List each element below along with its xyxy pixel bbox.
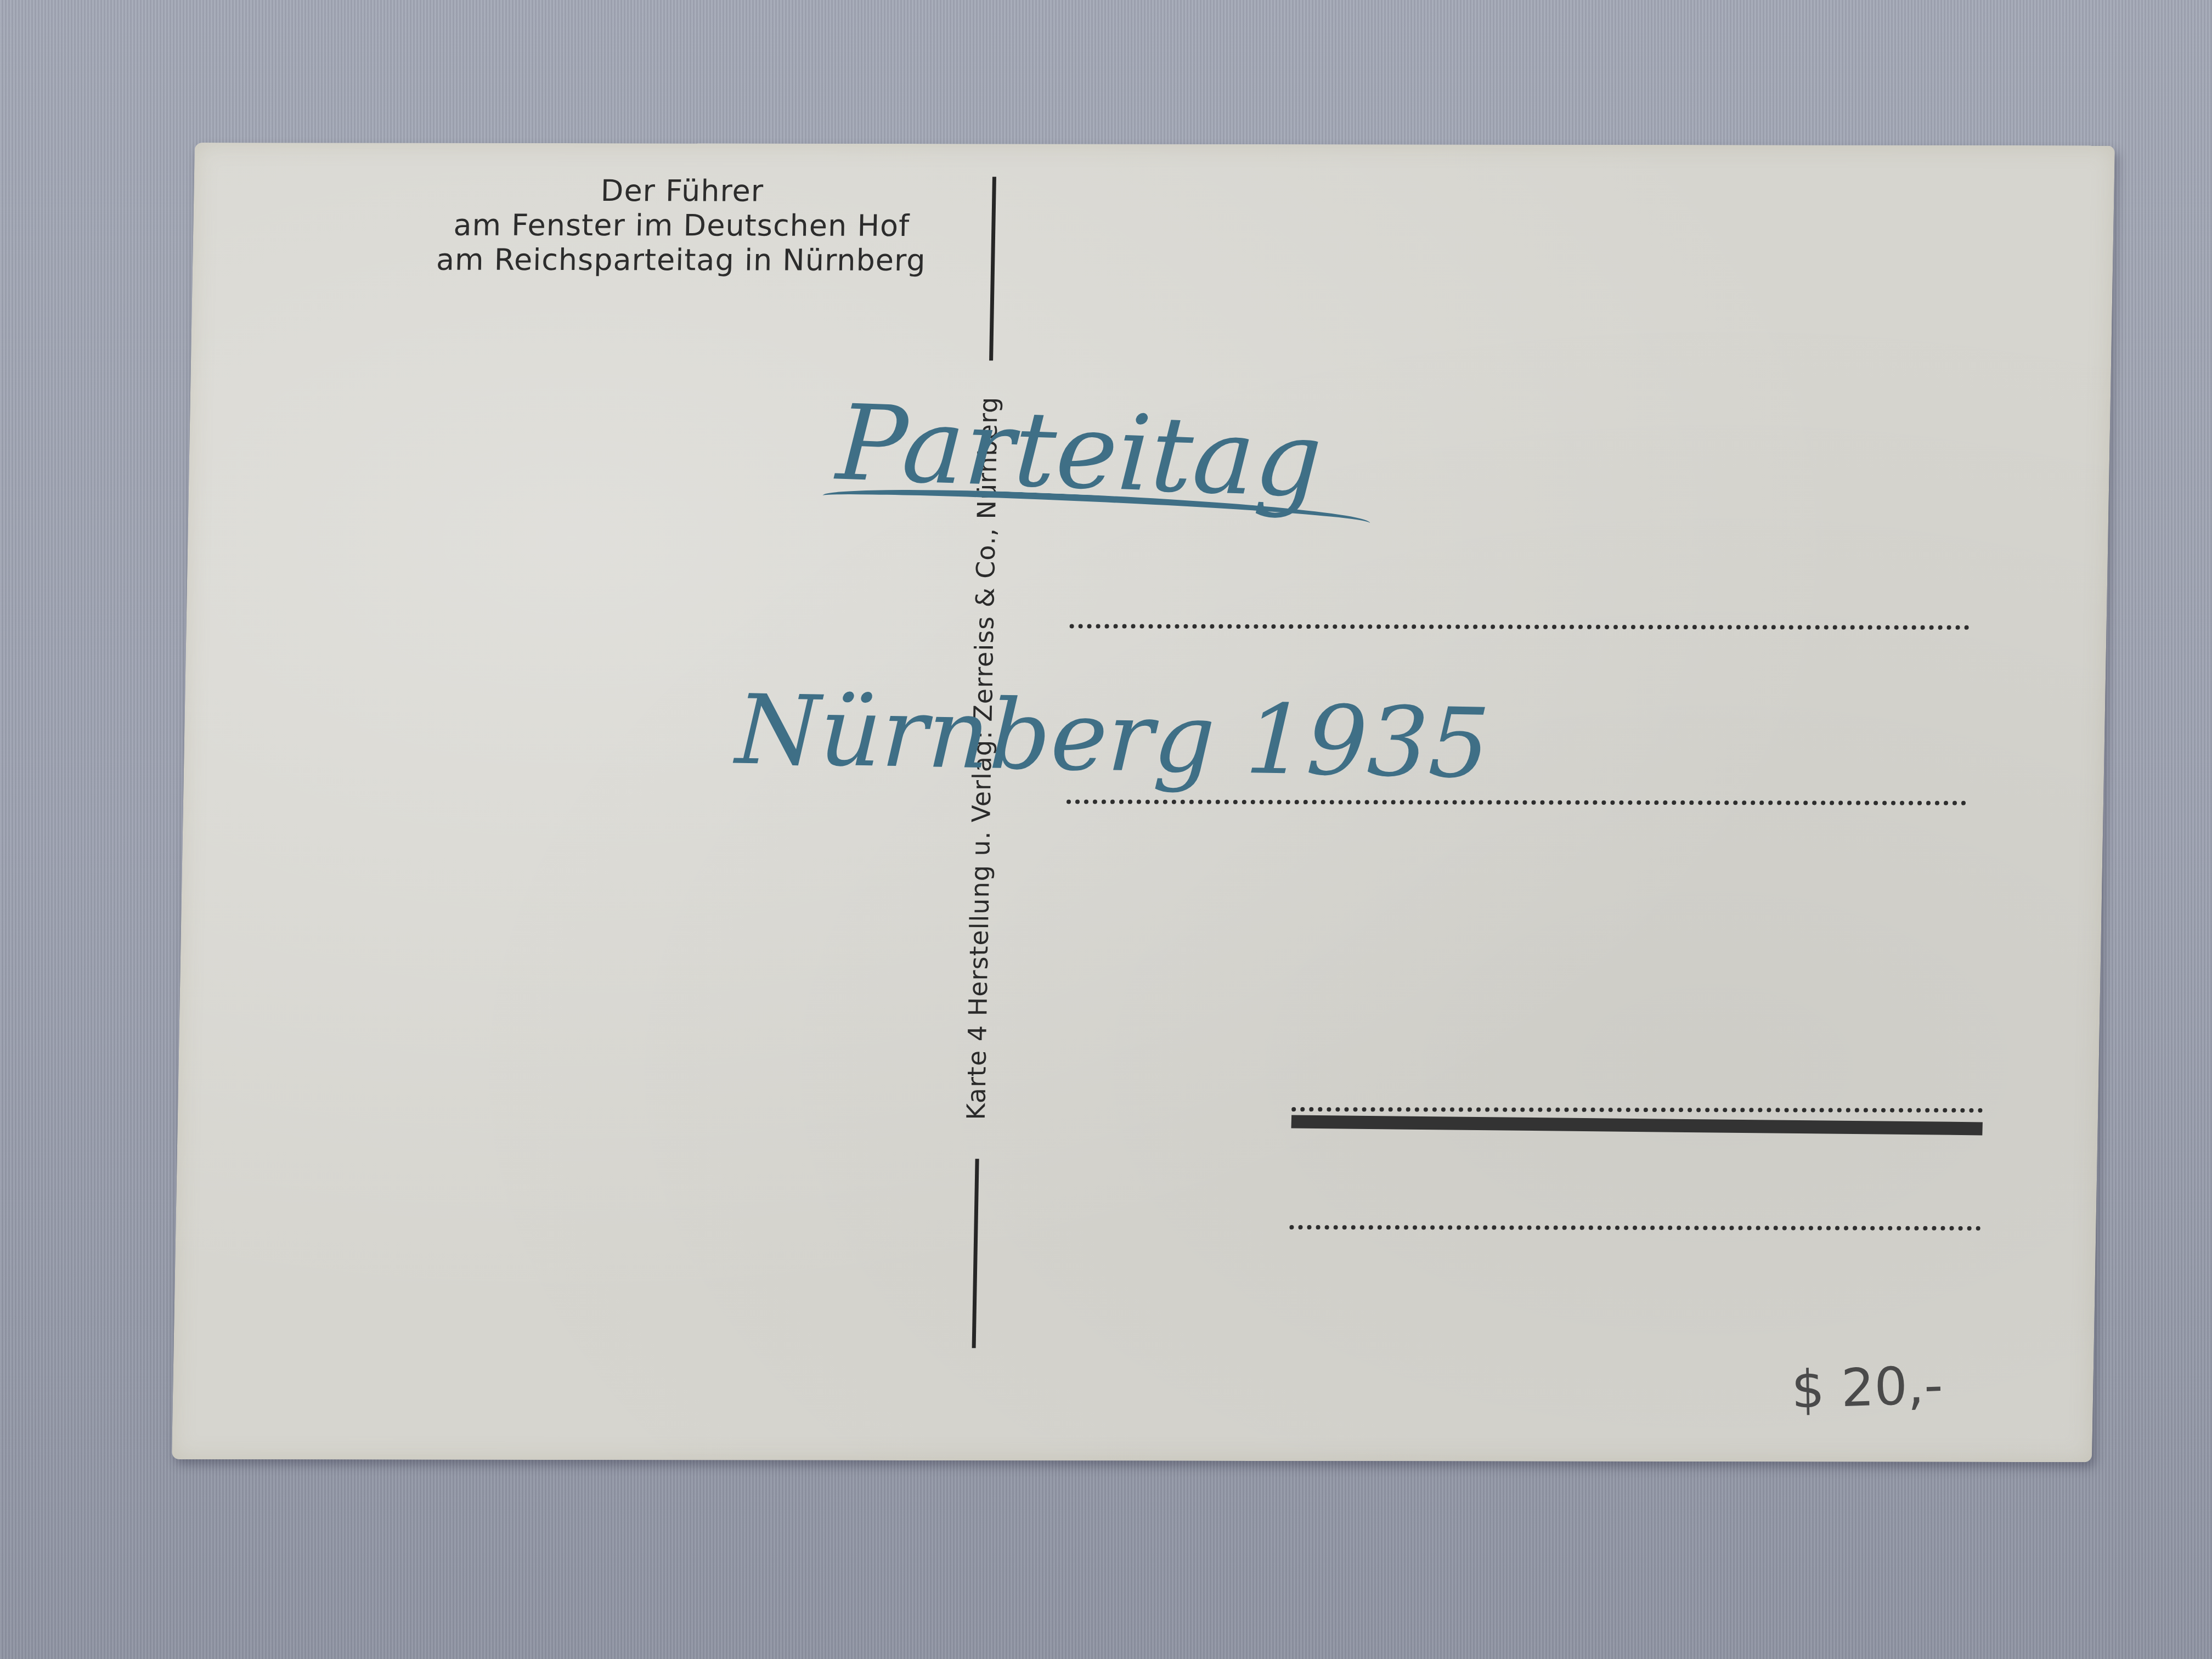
address-line-2 — [1066, 799, 1966, 805]
pencil-price-mark: $ 20,- — [1791, 1355, 1943, 1420]
center-divider-bottom — [972, 1159, 979, 1348]
postcard: Der Führer am Fenster im Deutschen Hof a… — [172, 143, 2115, 1462]
postcard-caption: Der Führer am Fenster im Deutschen Hof a… — [316, 173, 1047, 278]
caption-line-1: Der Führer — [317, 173, 1047, 208]
city-line-bar — [1291, 1115, 1983, 1136]
address-line-3 — [1291, 1107, 1983, 1113]
address-line-1 — [1070, 624, 1970, 629]
address-line-4 — [1289, 1225, 1980, 1231]
caption-line-3: am Reichsparteitag in Nürnberg — [316, 242, 1046, 278]
caption-line-2: am Fenster im Deutschen Hof — [317, 207, 1047, 243]
handwritten-place-year: Nürnberg 1935 — [734, 675, 1492, 800]
